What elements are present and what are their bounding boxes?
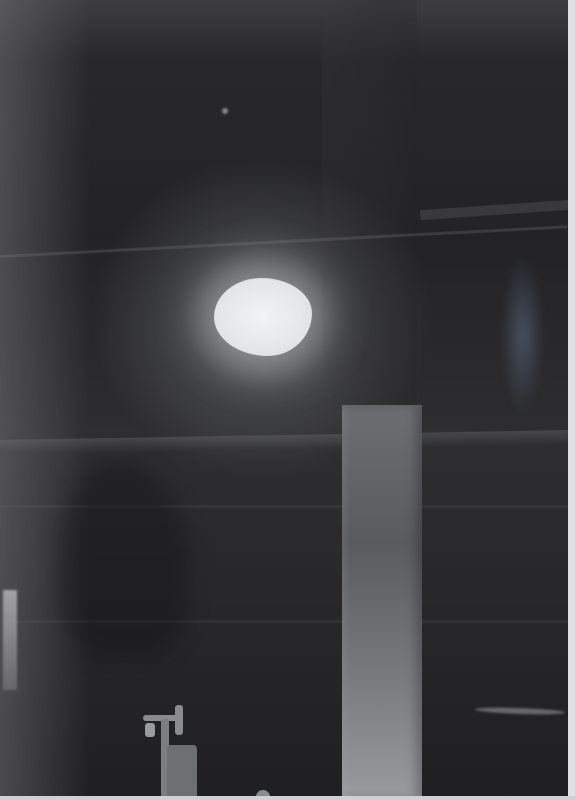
valve-machine bbox=[135, 705, 205, 800]
left-window-light bbox=[3, 590, 17, 690]
light-streak bbox=[475, 706, 565, 715]
right-beam bbox=[420, 200, 570, 220]
shadow-silhouette bbox=[60, 460, 190, 660]
light-speck bbox=[222, 108, 228, 114]
valve-stem bbox=[175, 705, 183, 735]
machine-cylinder bbox=[167, 745, 197, 800]
valve-nozzle bbox=[145, 723, 155, 737]
photograph bbox=[0, 0, 568, 800]
bright-light-opening bbox=[214, 278, 312, 356]
blue-stain bbox=[500, 255, 545, 415]
print-border bbox=[568, 0, 575, 800]
print-border-bottom bbox=[0, 796, 575, 800]
steel-column bbox=[342, 405, 422, 800]
upper-column-shadow bbox=[322, 0, 417, 410]
